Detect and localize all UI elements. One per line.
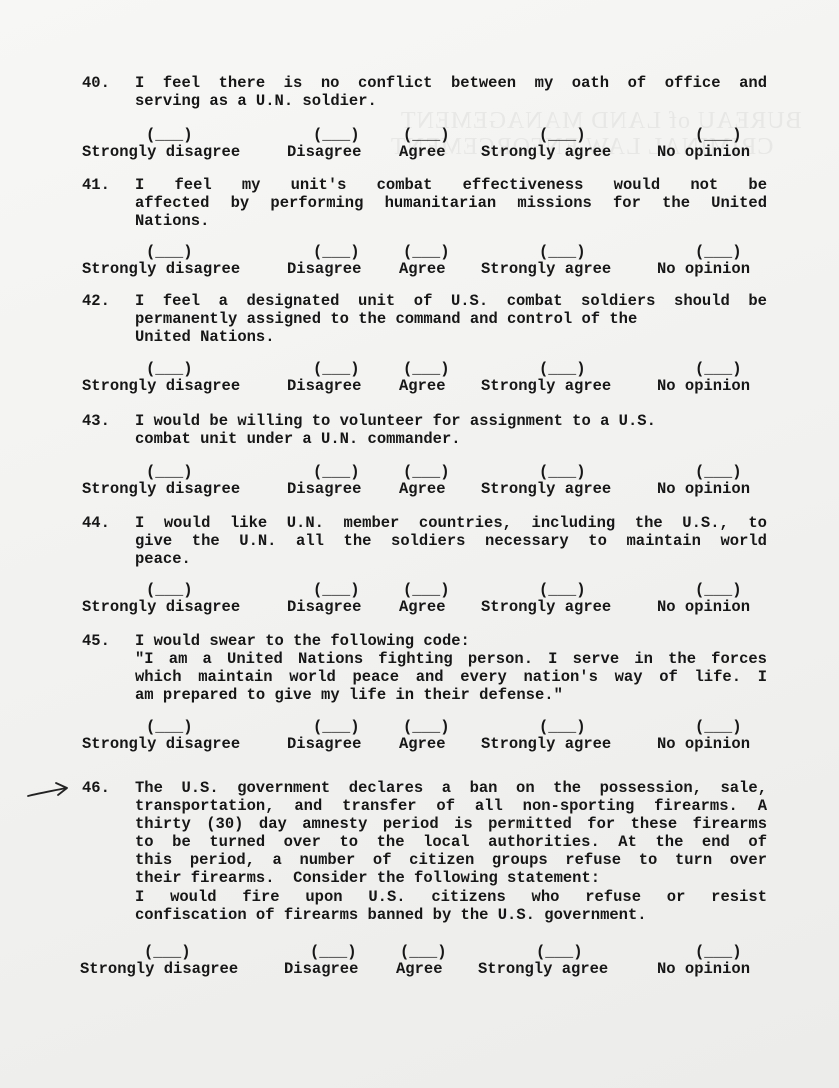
text-line: Nations. bbox=[135, 212, 767, 230]
text-line: confiscation of firearms banned by the U… bbox=[135, 906, 767, 924]
option-label: Strongly disagree bbox=[82, 480, 240, 498]
option-label: Strongly agree bbox=[481, 377, 611, 395]
answer-blank[interactable]: (___) bbox=[539, 244, 586, 260]
option-label: Disagree bbox=[287, 598, 361, 616]
text-line: give the U.N. all the soldiers necessary… bbox=[135, 532, 767, 550]
option-label: Agree bbox=[399, 598, 446, 616]
option-label: No opinion bbox=[657, 598, 750, 616]
text-line: to be turned over to the local authoriti… bbox=[135, 833, 767, 851]
response-scale-40: (___)Strongly disagree (___)Disagree (__… bbox=[0, 127, 839, 163]
answer-blank[interactable]: (___) bbox=[313, 582, 360, 598]
option-label: Strongly agree bbox=[481, 598, 611, 616]
option-label: Disagree bbox=[287, 735, 361, 753]
answer-blank[interactable]: (___) bbox=[313, 244, 360, 260]
answer-blank[interactable]: (___) bbox=[695, 464, 742, 480]
question-text: I feel a designated unit of U.S. combat … bbox=[135, 292, 767, 346]
question-number: 43. bbox=[82, 412, 110, 430]
text-line: this period, a number of citizen groups … bbox=[135, 851, 767, 869]
question-number: 41. bbox=[82, 176, 110, 194]
arrow-icon bbox=[26, 782, 70, 802]
answer-blank[interactable]: (___) bbox=[695, 719, 742, 735]
text-line: peace. bbox=[135, 550, 767, 568]
option-label: Strongly agree bbox=[478, 960, 608, 978]
text-line: serving as a U.N. soldier. bbox=[135, 92, 767, 110]
question-text: I would be willing to volunteer for assi… bbox=[135, 412, 767, 448]
answer-blank[interactable]: (___) bbox=[313, 361, 360, 377]
option-label: Disagree bbox=[287, 480, 361, 498]
option-label: Strongly disagree bbox=[82, 143, 240, 161]
option-label: No opinion bbox=[657, 735, 750, 753]
option-label: Disagree bbox=[284, 960, 358, 978]
answer-blank[interactable]: (___) bbox=[146, 127, 193, 143]
option-label: Strongly disagree bbox=[82, 260, 240, 278]
text-line: I feel there is no conflict between my o… bbox=[135, 74, 767, 92]
answer-blank[interactable]: (___) bbox=[695, 361, 742, 377]
text-line: their firearms. Consider the following s… bbox=[135, 869, 767, 887]
answer-blank[interactable]: (___) bbox=[695, 127, 742, 143]
text-line: transportation, and transfer of all non-… bbox=[135, 797, 767, 815]
option-label: No opinion bbox=[657, 260, 750, 278]
answer-blank[interactable]: (___) bbox=[144, 944, 191, 960]
answer-blank[interactable]: (___) bbox=[403, 244, 450, 260]
question-number: 44. bbox=[82, 514, 110, 532]
option-label: Strongly disagree bbox=[80, 960, 238, 978]
option-label: Strongly agree bbox=[481, 480, 611, 498]
answer-blank[interactable]: (___) bbox=[310, 944, 357, 960]
scanned-page: BUREAU of LAND MANAGEMENT CRIMINAL LAW E… bbox=[0, 0, 839, 1088]
option-label: No opinion bbox=[657, 143, 750, 161]
option-label: Disagree bbox=[287, 377, 361, 395]
question-text: I feel my unit's combat effectiveness wo… bbox=[135, 176, 767, 230]
answer-blank[interactable]: (___) bbox=[695, 244, 742, 260]
option-label: No opinion bbox=[657, 480, 750, 498]
answer-blank[interactable]: (___) bbox=[146, 719, 193, 735]
text-line: The U.S. government declares a ban on th… bbox=[135, 779, 767, 797]
response-scale-45: (___)Strongly disagree (___)Disagree (__… bbox=[0, 719, 839, 755]
text-line: I would fire upon U.S. citizens who refu… bbox=[135, 888, 767, 906]
option-label: Agree bbox=[399, 377, 446, 395]
question-number: 45. bbox=[82, 632, 110, 650]
text-line: I feel a designated unit of U.S. combat … bbox=[135, 292, 767, 310]
question-text: I would swear to the following code: "I … bbox=[135, 632, 767, 704]
option-label: No opinion bbox=[657, 960, 750, 978]
option-label: Agree bbox=[399, 735, 446, 753]
question-number: 46. bbox=[82, 779, 110, 797]
answer-blank[interactable]: (___) bbox=[403, 127, 450, 143]
answer-blank[interactable]: (___) bbox=[539, 464, 586, 480]
option-label: Agree bbox=[399, 480, 446, 498]
text-line: I would swear to the following code: bbox=[135, 632, 767, 650]
answer-blank[interactable]: (___) bbox=[403, 582, 450, 598]
question-number: 40. bbox=[82, 74, 110, 92]
answer-blank[interactable]: (___) bbox=[695, 582, 742, 598]
text-line: combat unit under a U.N. commander. bbox=[135, 430, 767, 448]
question-text: I feel there is no conflict between my o… bbox=[135, 74, 767, 110]
option-label: Strongly agree bbox=[481, 143, 611, 161]
question-statement: I would fire upon U.S. citizens who refu… bbox=[135, 888, 767, 924]
answer-blank[interactable]: (___) bbox=[146, 582, 193, 598]
response-scale-41: (___)Strongly disagree (___)Disagree (__… bbox=[0, 244, 839, 280]
text-line: am prepared to give my life in their def… bbox=[135, 686, 767, 704]
answer-blank[interactable]: (___) bbox=[400, 944, 447, 960]
answer-blank[interactable]: (___) bbox=[403, 464, 450, 480]
question-text: I would like U.N. member countries, incl… bbox=[135, 514, 767, 568]
option-label: Strongly disagree bbox=[82, 735, 240, 753]
answer-blank[interactable]: (___) bbox=[539, 127, 586, 143]
text-line: which maintain world peace and every nat… bbox=[135, 668, 767, 686]
text-line: thirty (30) day amnesty period is permit… bbox=[135, 815, 767, 833]
option-label: Agree bbox=[396, 960, 443, 978]
answer-blank[interactable]: (___) bbox=[146, 244, 193, 260]
question-number: 42. bbox=[82, 292, 110, 310]
response-scale-43: (___)Strongly disagree (___)Disagree (__… bbox=[0, 464, 839, 500]
option-label: No opinion bbox=[657, 377, 750, 395]
option-label: Agree bbox=[399, 260, 446, 278]
response-scale-42: (___)Strongly disagree (___)Disagree (__… bbox=[0, 361, 839, 397]
option-label: Strongly agree bbox=[481, 260, 611, 278]
response-scale-46: (___)Strongly disagree (___)Disagree (__… bbox=[0, 944, 839, 980]
option-label: Strongly disagree bbox=[82, 598, 240, 616]
answer-blank[interactable]: (___) bbox=[146, 464, 193, 480]
answer-blank[interactable]: (___) bbox=[313, 719, 360, 735]
text-line: I feel my unit's combat effectiveness wo… bbox=[135, 176, 767, 194]
option-label: Disagree bbox=[287, 260, 361, 278]
option-label: Strongly agree bbox=[481, 735, 611, 753]
answer-blank[interactable]: (___) bbox=[539, 361, 586, 377]
answer-blank[interactable]: (___) bbox=[313, 127, 360, 143]
answer-blank[interactable]: (___) bbox=[146, 361, 193, 377]
answer-blank[interactable]: (___) bbox=[539, 719, 586, 735]
question-text: The U.S. government declares a ban on th… bbox=[135, 779, 767, 887]
answer-blank[interactable]: (___) bbox=[536, 944, 583, 960]
option-label: Disagree bbox=[287, 143, 361, 161]
answer-blank[interactable]: (___) bbox=[313, 464, 360, 480]
text-line: I would be willing to volunteer for assi… bbox=[135, 412, 767, 430]
answer-blank[interactable]: (___) bbox=[403, 361, 450, 377]
answer-blank[interactable]: (___) bbox=[403, 719, 450, 735]
option-label: Agree bbox=[399, 143, 446, 161]
response-scale-44: (___)Strongly disagree (___)Disagree (__… bbox=[0, 582, 839, 618]
text-line: permanently assigned to the command and … bbox=[135, 310, 767, 328]
text-line: United Nations. bbox=[135, 328, 767, 346]
answer-blank[interactable]: (___) bbox=[539, 582, 586, 598]
text-line: I would like U.N. member countries, incl… bbox=[135, 514, 767, 532]
text-line: affected by performing humanitarian miss… bbox=[135, 194, 767, 212]
option-label: Strongly disagree bbox=[82, 377, 240, 395]
answer-blank[interactable]: (___) bbox=[695, 944, 742, 960]
text-line: "I am a United Nations fighting person. … bbox=[135, 650, 767, 668]
